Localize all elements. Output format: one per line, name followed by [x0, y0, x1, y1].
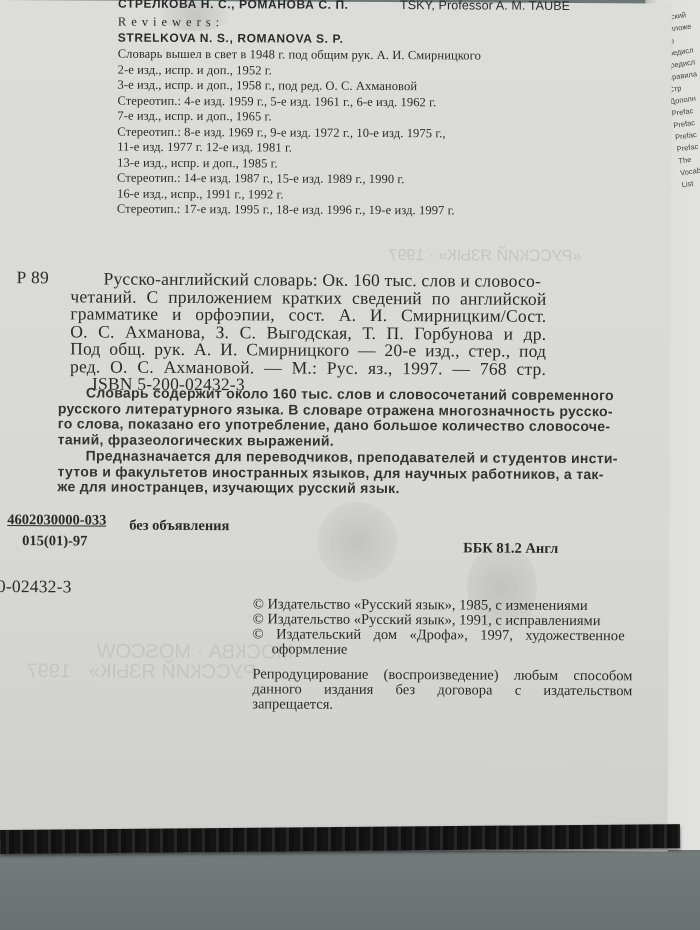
catalog-code: Р 89: [16, 267, 49, 288]
annotation-line: же для иностранцев, изучающих русский яз…: [57, 478, 399, 496]
edition-line: 2-е изд., испр. и доп., 1952 г.: [118, 62, 272, 78]
index-note: без объявления: [129, 518, 229, 536]
edition-line: 11-е изд. 1977 г. 12-е изд. 1981 г.: [117, 140, 292, 156]
edition-line: Стереотип.: 14-е изд. 1987 г., 15-е изд.…: [117, 171, 405, 188]
edition-line: 16-е изд., испр., 1991 г., 1992 г.: [117, 186, 284, 202]
edition-line: Стереотип.: 4-е изд. 1959 г., 5-е изд. 1…: [117, 93, 436, 110]
edition-line: 7-е изд., испр. и доп., 1965 г.: [117, 109, 271, 125]
book-page: МОСКВА · MOSCOW «РУССКИЙ ЯЗЫК» · 1997 «Р…: [0, 0, 672, 852]
bbk-code: ББК 81.2 Англ: [463, 540, 558, 557]
credits-partial-top-left: СТРЕЛКОВА Н. С., РОМАНОВА С. П.: [118, 0, 349, 12]
edition-line: 13-е изд., испр. и доп., 1985 г.: [117, 155, 278, 171]
index-numerator: 4602030000-033: [7, 512, 106, 530]
edition-line: 3-е изд., испр. и доп., 1958 г., под ред…: [118, 78, 418, 95]
bleed-through-text: «РУССКИЙ ЯЗЫК» · 1997: [26, 660, 267, 684]
bleed-through-text: «РУССКИЙ ЯЗЫК» · 1997: [389, 247, 582, 266]
reviewers-names: STRELKOVA N. S., ROMANOVA S. P.: [118, 31, 344, 46]
table-surface: [0, 852, 700, 930]
isbn-partial: 0-02432-3: [0, 576, 72, 597]
edition-line: Словарь вышел в свет в 1948 г. под общим…: [118, 47, 481, 64]
index-denominator: 015(01)-97: [22, 533, 87, 550]
edition-line: Стереотип.: 17-е изд. 1995 г., 18-е изд.…: [117, 202, 455, 219]
copyright-line: оформление: [272, 641, 348, 658]
credits-partial-top-right: TSKY, Professor A. M. TAUBE: [400, 0, 570, 13]
rights-line: запрещается.: [252, 696, 333, 713]
reviewers-label: Reviewers:: [118, 15, 224, 31]
edition-line: Стереотип.: 8-е изд. 1969 г., 9-е изд. 1…: [117, 124, 445, 141]
stain: [317, 502, 397, 582]
annotation-line: таний, фразеологических выражений.: [58, 431, 334, 448]
